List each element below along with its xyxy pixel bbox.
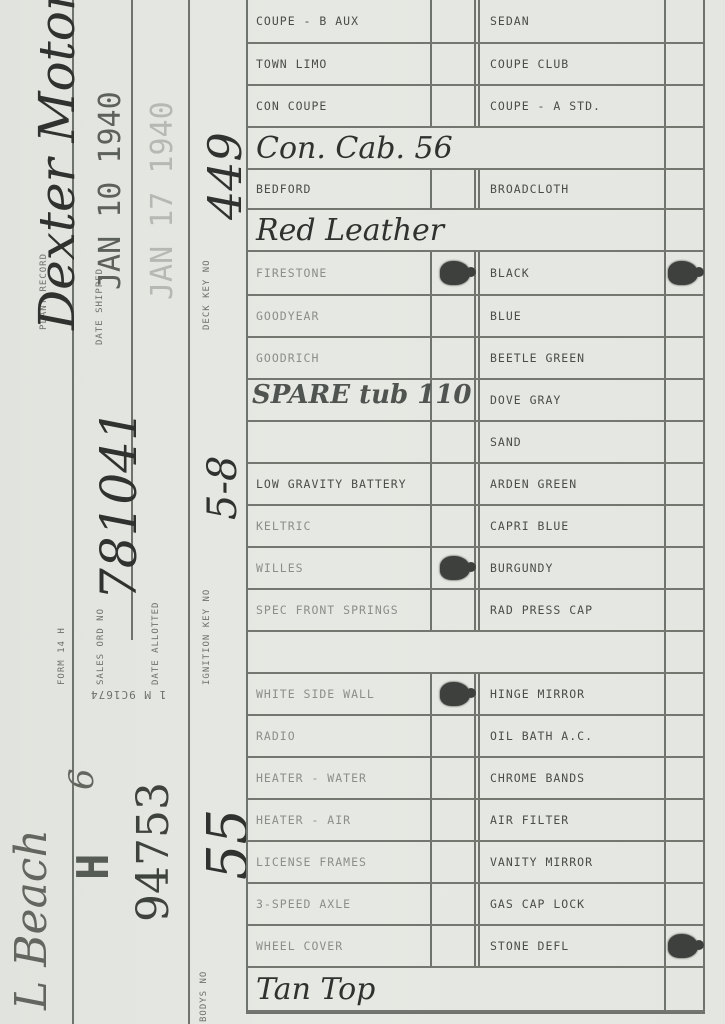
option-left-text: 3-SPEED AXLE [256,897,351,911]
punch-hole-mark [440,682,470,706]
option-checkbox-left[interactable] [430,926,474,966]
option-label-left: CON COUPE [248,86,430,126]
form-code: 1 M 9C1674 [90,690,166,699]
options-grid: COUPE - B AUXSEDANTOWN LIMOCOUPE CLUBCON… [246,0,705,1014]
option-row: BEDFORDBROADCLOTH [248,170,703,210]
option-label-left: SPEC FRONT SPRINGS [248,590,430,630]
punch-hole-mark [668,934,698,958]
handwritten-note: Red Leather [256,213,444,248]
option-row: WHEEL COVERSTONE DEFL [248,926,703,968]
option-left-text: CON COUPE [256,99,327,113]
option-checkbox-left[interactable] [430,44,474,84]
stub-divider [188,0,190,1024]
option-row: GOODYEARBLUE [248,296,703,338]
option-row: LICENSE FRAMESVANITY MIRROR [248,842,703,884]
option-label-left: BEDFORD [248,170,430,208]
option-checkbox-right[interactable] [664,758,703,798]
punch-hole-mark [440,556,470,580]
option-row: SPEC FRONT SPRINGSRAD PRESS CAP [248,590,703,632]
row-check-column [664,968,705,1010]
option-right-text: VANITY MIRROR [490,855,593,869]
option-checkbox-left[interactable] [430,296,474,336]
option-row: Red Leather [248,210,703,252]
option-label-right: OIL BATH A.C. [474,716,664,756]
option-row: DOVE GRAYSPARE tub 110 [248,380,703,422]
option-row: KELTRICCAPRI BLUE [248,506,703,548]
option-label-right: COUPE - A STD. [474,86,664,126]
option-right-text: OIL BATH A.C. [490,729,593,743]
handwritten-dealer: Dexter Motor [28,0,86,330]
option-label-right: STONE DEFL [474,926,664,966]
option-label-right: GAS CAP LOCK [474,884,664,924]
option-label-right: BLACK [474,252,664,294]
stamp-date-allotted: JAN 17 1940 [145,101,180,300]
option-checkbox-right[interactable] [664,716,703,756]
stamp-body-letter: H [68,854,119,881]
option-checkbox-left[interactable] [430,506,474,546]
option-label-left: LOW GRAVITY BATTERY [248,464,430,504]
option-row: HEATER - AIRAIR FILTER [248,800,703,842]
row-check-column [664,210,705,250]
option-checkbox-right[interactable] [664,338,703,378]
label-ignition-key-no: IGNITION KEY NO [203,589,212,685]
option-row [248,632,703,674]
option-checkbox-right[interactable] [664,422,703,462]
option-label-left: RADIO [248,716,430,756]
option-checkbox-right[interactable] [664,884,703,924]
option-right-text: BROADCLOTH [490,182,569,196]
option-checkbox-right[interactable] [664,674,703,714]
option-checkbox-right[interactable] [664,548,703,588]
option-checkbox-right[interactable] [664,380,703,420]
option-right-text: COUPE CLUB [490,57,569,71]
option-left-text: TOWN LIMO [256,57,327,71]
option-label-right: ARDEN GREEN [474,464,664,504]
option-left-text: HEATER - WATER [256,771,367,785]
label-deck-key-no: DECK KEY NO [203,259,212,330]
option-right-text: SEDAN [490,14,530,28]
option-row: LOW GRAVITY BATTERYARDEN GREEN [248,464,703,506]
option-right-text: BLUE [490,309,522,323]
option-label-left: COUPE - B AUX [248,0,430,42]
option-row: HEATER - WATERCHROME BANDS [248,758,703,800]
option-left-text: LOW GRAVITY BATTERY [256,477,407,491]
option-right-text: BURGUNDY [490,561,553,575]
stamp-body-number: 94753 [128,782,179,922]
option-label-right: CAPRI BLUE [474,506,664,546]
option-row: RADIOOIL BATH A.C. [248,716,703,758]
option-label-left: TOWN LIMO [248,44,430,84]
label-sales-ord-no: SALES ORD NO [97,608,106,685]
option-label-left: LICENSE FRAMES [248,842,430,882]
option-label-left [248,422,430,462]
option-label-right: CHROME BANDS [474,758,664,798]
option-label-right: COUPE CLUB [474,44,664,84]
option-left-text: LICENSE FRAMES [256,855,367,869]
option-label-left: KELTRIC [248,506,430,546]
option-checkbox-right[interactable] [664,296,703,336]
option-right-text: RAD PRESS CAP [490,603,593,617]
option-label-right: BLUE [474,296,664,336]
option-checkbox-left[interactable] [430,884,474,924]
handwritten-destination: L Beach [6,829,57,1010]
option-right-text: ARDEN GREEN [490,477,577,491]
option-checkbox-right[interactable] [664,0,703,42]
option-right-text: BEETLE GREEN [490,351,585,365]
label-date-allotted: DATE ALLOTTED [152,602,161,685]
option-checkbox-left[interactable] [430,0,474,42]
option-label-right: BEETLE GREEN [474,338,664,378]
option-checkbox-left[interactable] [430,800,474,840]
option-left-text: RADIO [256,729,296,743]
option-checkbox-left[interactable] [430,842,474,882]
blank-row [248,632,664,672]
vehicle-build-card: PLANT RECORD DATE SHIPPED DECK KEY NO FO… [0,0,725,1024]
option-row: Tan Top [248,968,703,1012]
row-check-column [664,632,705,672]
stamp-date-shipped: JAN 10 1940 [93,91,128,290]
handwritten-note: Con. Cab. 56 [256,131,453,166]
option-label-right: BURGUNDY [474,548,664,588]
option-label-right: AIR FILTER [474,800,664,840]
option-row: Con. Cab. 56 [248,128,703,170]
option-checkbox-left[interactable] [430,170,474,208]
handwritten-body-note: 6 [62,768,102,790]
option-checkbox-right[interactable] [664,842,703,882]
label-bodys-no: BODYS NO [200,971,209,1022]
option-row: WILLESBURGUNDY [248,548,703,590]
option-row: WHITE SIDE WALLHINGE MIRROR [248,674,703,716]
option-label-left: HEATER - AIR [248,800,430,840]
card-stub: PLANT RECORD DATE SHIPPED DECK KEY NO FO… [0,0,246,1024]
option-left-text: KELTRIC [256,519,311,533]
option-left-text: BEDFORD [256,182,311,196]
option-label-right: DOVE GRAY [474,380,664,420]
option-label-right: VANITY MIRROR [474,842,664,882]
option-left-text: SPEC FRONT SPRINGS [256,603,399,617]
handwritten-sales-order: 781041 [90,409,148,600]
handwritten-deck-key: 449 [198,132,252,220]
option-checkbox-left[interactable] [430,338,474,378]
option-left-text: COUPE - B AUX [256,14,359,28]
option-checkbox-right[interactable] [664,464,703,504]
option-right-text: STONE DEFL [490,939,569,953]
option-label-right: RAD PRESS CAP [474,590,664,630]
option-right-text: BLACK [490,266,530,280]
option-label-left: FIRESTONE [248,252,430,294]
option-left-text: WHEEL COVER [256,939,343,953]
option-label-left: GOODYEAR [248,296,430,336]
option-checkbox-left[interactable] [430,464,474,504]
option-row: CON COUPECOUPE - A STD. [248,86,703,128]
option-right-text: CHROME BANDS [490,771,585,785]
option-left-text: HEATER - AIR [256,813,351,827]
option-checkbox-left[interactable] [430,758,474,798]
option-checkbox-left[interactable] [430,716,474,756]
option-right-text: GAS CAP LOCK [490,897,585,911]
handwritten-ignition-note: 5-8 [200,456,246,520]
option-left-text: FIRESTONE [256,266,327,280]
option-row: COUPE - B AUXSEDAN [248,0,703,44]
option-label-left: GOODRICH [248,338,430,378]
handwritten-spare-note: SPARE tub 110 [252,384,472,406]
option-right-text: CAPRI BLUE [490,519,569,533]
option-row: SAND [248,422,703,464]
option-left-text: WILLES [256,561,304,575]
option-label-right: SEDAN [474,0,664,42]
option-label-left: WHEEL COVER [248,926,430,966]
option-checkbox-right[interactable] [664,170,703,208]
option-checkbox-right[interactable] [664,86,703,126]
option-left-text: WHITE SIDE WALL [256,687,375,701]
punch-hole-mark [440,261,470,285]
option-label-left: WHITE SIDE WALL [248,674,430,714]
label-form-no: FORM 14 H [58,627,67,685]
punch-hole-mark [668,261,698,285]
option-right-text: SAND [490,435,522,449]
option-right-text: AIR FILTER [490,813,569,827]
option-right-text: COUPE - A STD. [490,99,601,113]
option-right-text: HINGE MIRROR [490,687,585,701]
option-checkbox-left[interactable] [430,590,474,630]
option-label-left: HEATER - WATER [248,758,430,798]
option-label-right: HINGE MIRROR [474,674,664,714]
option-row: GOODRICHBEETLE GREEN [248,338,703,380]
option-row: TOWN LIMOCOUPE CLUB [248,44,703,86]
option-checkbox-right[interactable] [664,800,703,840]
handwritten-note: Tan Top [256,972,375,1007]
option-label-left: WILLES [248,548,430,588]
option-checkbox-left[interactable] [430,422,474,462]
option-label-left: 3-SPEED AXLE [248,884,430,924]
option-row: FIRESTONEBLACK [248,252,703,296]
option-left-text: GOODRICH [256,351,319,365]
option-checkbox-right[interactable] [664,506,703,546]
option-label-right: SAND [474,422,664,462]
option-right-text: DOVE GRAY [490,393,561,407]
option-label-right: BROADCLOTH [474,170,664,208]
row-check-column [664,128,705,168]
option-left-text: GOODYEAR [256,309,319,323]
option-checkbox-left[interactable] [430,86,474,126]
option-row: 3-SPEED AXLEGAS CAP LOCK [248,884,703,926]
option-checkbox-right[interactable] [664,590,703,630]
option-checkbox-right[interactable] [664,44,703,84]
